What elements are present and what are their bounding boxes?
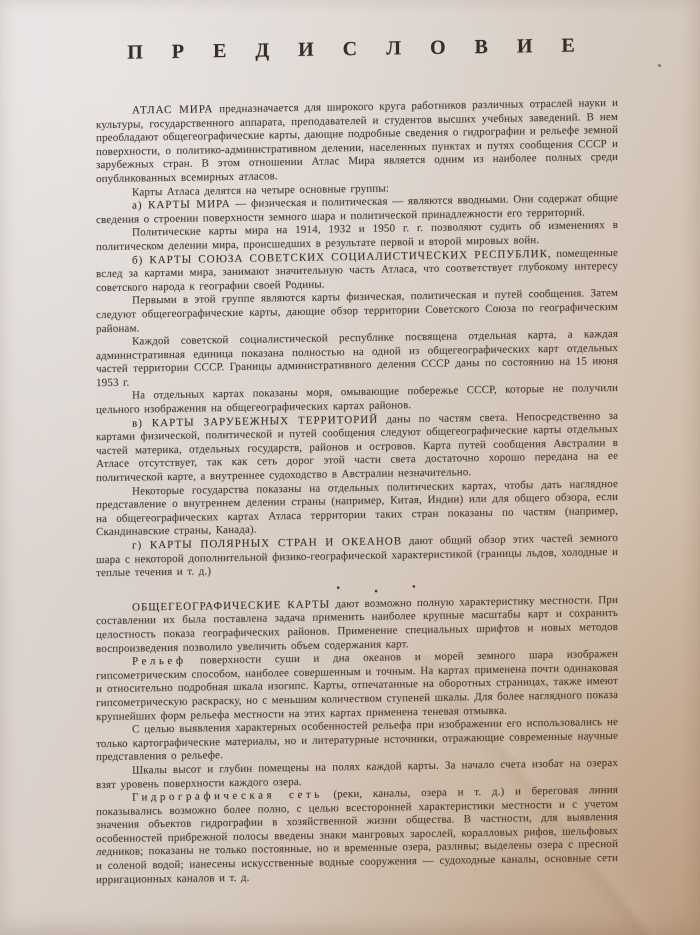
- paragraph-lead: а) КАРТЫ МИРА: [132, 198, 231, 212]
- paragraph: Гидрографическая сеть (реки, каналы, озе…: [96, 784, 618, 887]
- paragraph-text: Первыми в этой группе являются карты физ…: [96, 287, 618, 334]
- paragraph: г) КАРТЫ ПОЛЯРНЫХ СТРАН И ОКЕАНОВ дают о…: [96, 532, 618, 581]
- page-text-block: П Р Е Д И С Л О В И Е АТЛАС МИРА предназ…: [96, 24, 618, 887]
- paragraph-lead: АТЛАС МИРА: [132, 103, 213, 116]
- paragraph-text: С целью выявления характерных особенност…: [96, 716, 618, 763]
- separator-dot: •: [374, 585, 378, 597]
- page-title: П Р Е Д И С Л О В И Е: [96, 34, 618, 65]
- book-page: П Р Е Д И С Л О В И Е АТЛАС МИРА предназ…: [0, 0, 700, 935]
- paragraph-lead: ОБЩЕГЕОГРАФИЧЕСКИЕ КАРТЫ: [132, 598, 330, 613]
- paragraph: ОБЩЕГЕОГРАФИЧЕСКИЕ КАРТЫ дают возможно п…: [96, 594, 618, 657]
- paragraph: АТЛАС МИРА предназначается для широкого …: [96, 97, 618, 187]
- paragraph: в) КАРТЫ ЗАРУБЕЖНЫХ ТЕРРИТОРИЙ даны по ч…: [96, 410, 618, 486]
- separator-dot: •: [412, 581, 416, 593]
- separator-dot: •: [336, 582, 340, 594]
- paragraph-text: Каждой советской социалистической респуб…: [96, 328, 618, 389]
- paragraph-text: Некоторые государства показаны на отдель…: [96, 478, 618, 539]
- paragraph-lead: Гидрографическая сеть: [132, 789, 323, 804]
- dust-speck: [658, 64, 661, 67]
- paragraph: Рельеф поверхности суши и дна океанов и …: [96, 648, 618, 724]
- paragraph: Каждой советской социалистической респуб…: [96, 328, 618, 391]
- paragraph-lead: Рельеф: [132, 655, 187, 668]
- paragraph: Некоторые государства показаны на отдель…: [96, 478, 618, 541]
